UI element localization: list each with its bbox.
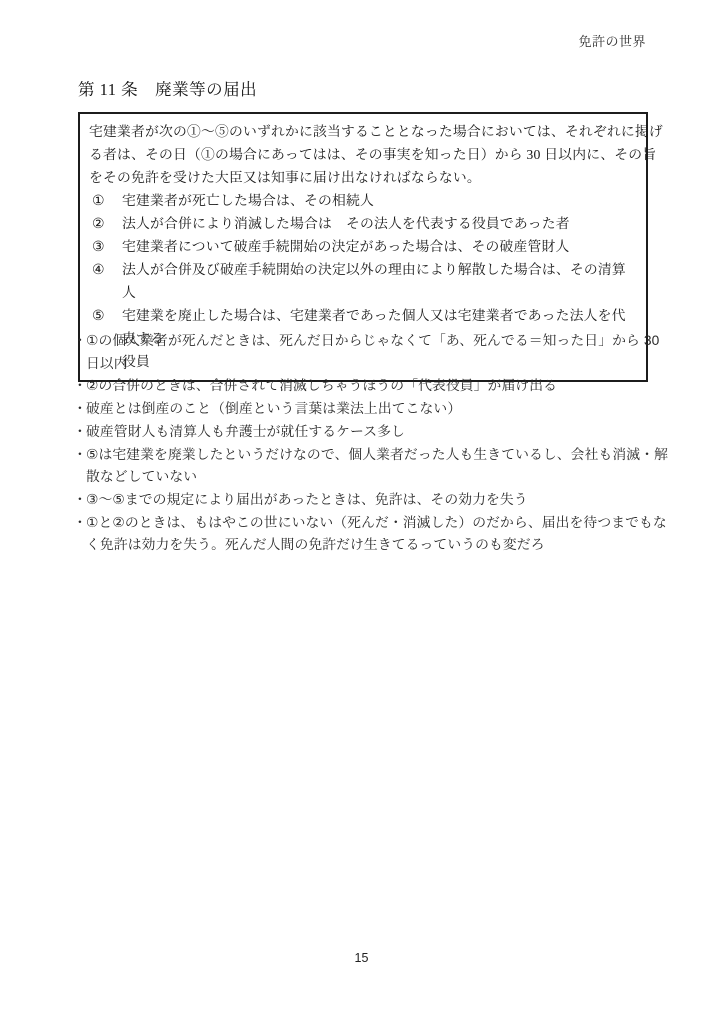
bullet-marker: ・ xyxy=(73,330,87,353)
law-item-text: 法人が合併及び破産手続開始の決定以外の理由により解散した場合は、その清算人 xyxy=(122,258,637,304)
note-line: ⑤は宅建業を廃業したというだけなので、個人業者だった人も生きているし、会社も消滅… xyxy=(86,444,655,467)
law-item: ①宅建業者が死亡した場合は、その相続人 xyxy=(89,189,637,212)
law-item-number: ① xyxy=(92,189,109,212)
law-item-line: 宅建業者について破産手続開始の決定があった場合は、その破産管財人 xyxy=(122,235,637,258)
law-item-line: 法人が合併により消滅した場合は その法人を代表する役員であった者 xyxy=(122,212,637,235)
bullet-marker: ・ xyxy=(73,398,87,421)
note-bullet: ・①と②のときは、もはやこの世にいない（死んだ・消滅した）のだから、届出を待つま… xyxy=(73,512,655,557)
law-paragraph: 宅建業者が次の①～⑤のいずれかに該当することとなった場合においては、それぞれに掲… xyxy=(89,120,637,189)
article-title: 第 11 条 廃業等の届出 xyxy=(78,76,257,100)
bullet-marker: ・ xyxy=(73,512,87,535)
note-line: ①の個人業者が死んだときは、死んだ日からじゃなくて「あ、死んでる＝知った日」から… xyxy=(86,330,655,353)
law-item: ②法人が合併により消滅した場合は その法人を代表する役員であった者 xyxy=(89,212,637,235)
law-item-line: 宅建業者が死亡した場合は、その相続人 xyxy=(122,189,637,212)
note-line: ②の合併のときは、合併されて消滅しちゃうほうの「代表役員」が届け出る xyxy=(86,375,655,398)
note-bullet: ・破産とは倒産のこと（倒産という言葉は業法上出てこない） xyxy=(73,398,655,421)
law-paragraph-line: をその免許を受けた大臣又は知事に届け出なければならない。 xyxy=(89,166,637,189)
note-line: 散などしていない xyxy=(86,466,655,489)
note-bullet: ・⑤は宅建業を廃業したというだけなので、個人業者だった人も生きているし、会社も消… xyxy=(73,444,655,489)
law-item: ③宅建業者について破産手続開始の決定があった場合は、その破産管財人 xyxy=(89,235,637,258)
note-bullet: ・破産管財人も清算人も弁護士が就任するケース多し xyxy=(73,421,655,444)
law-item-text: 宅建業者について破産手続開始の決定があった場合は、その破産管財人 xyxy=(122,235,637,258)
note-line: ①と②のときは、もはやこの世にいない（死んだ・消滅した）のだから、届出を待つまで… xyxy=(86,512,655,535)
bullet-marker: ・ xyxy=(73,444,87,467)
note-line: く免許は効力を失う。死んだ人間の免許だけ生きてるっていうのも変だろ xyxy=(86,534,655,557)
note-line: 日以内 xyxy=(86,353,655,376)
commentary-notes: ・①の個人業者が死んだときは、死んだ日からじゃなくて「あ、死んでる＝知った日」か… xyxy=(73,330,655,557)
bullet-marker: ・ xyxy=(73,421,87,444)
note-bullet: ・③～⑤までの規定により届出があったときは、免許は、その効力を失う xyxy=(73,489,655,512)
law-item: ④法人が合併及び破産手続開始の決定以外の理由により解散した場合は、その清算人 xyxy=(89,258,637,304)
law-paragraph-line: 宅建業者が次の①～⑤のいずれかに該当することとなった場合においては、それぞれに掲… xyxy=(89,120,637,143)
law-item-number: ③ xyxy=(92,235,109,258)
bullet-marker: ・ xyxy=(73,489,87,512)
law-item-line: 法人が合併及び破産手続開始の決定以外の理由により解散した場合は、その清算人 xyxy=(122,258,637,304)
note-bullet: ・①の個人業者が死んだときは、死んだ日からじゃなくて「あ、死んでる＝知った日」か… xyxy=(73,330,655,375)
note-bullet: ・②の合併のときは、合併されて消滅しちゃうほうの「代表役員」が届け出る xyxy=(73,375,655,398)
running-header: 免許の世界 xyxy=(578,31,646,50)
note-line: ③～⑤までの規定により届出があったときは、免許は、その効力を失う xyxy=(86,489,655,512)
law-item-number: ⑤ xyxy=(92,304,109,327)
law-paragraph-line: る者は、その日（①の場合にあってはは、その事実を知った日）から 30 日以内に、… xyxy=(89,143,637,166)
bullet-marker: ・ xyxy=(73,375,87,398)
law-item-number: ② xyxy=(92,212,109,235)
law-item-number: ④ xyxy=(92,258,109,281)
law-item-text: 宅建業者が死亡した場合は、その相続人 xyxy=(122,189,637,212)
note-line: 破産とは倒産のこと（倒産という言葉は業法上出てこない） xyxy=(86,398,655,421)
note-line: 破産管財人も清算人も弁護士が就任するケース多し xyxy=(86,421,655,444)
document-page: 免許の世界 第 11 条 廃業等の届出 宅建業者が次の①～⑤のいずれかに該当する… xyxy=(0,0,723,1024)
law-item-text: 法人が合併により消滅した場合は その法人を代表する役員であった者 xyxy=(122,212,637,235)
page-number: 15 xyxy=(0,951,723,965)
